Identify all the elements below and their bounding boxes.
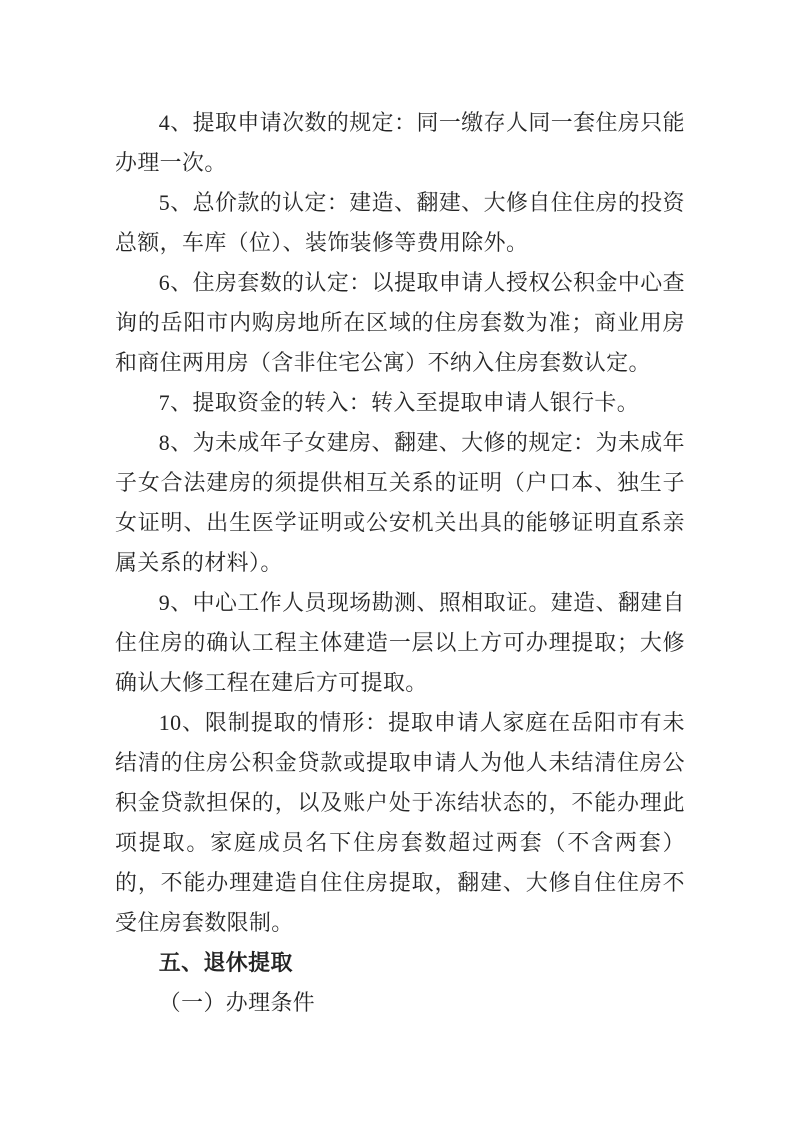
document-body: 4、提取申请次数的规定：同一缴存人同一套住房只能办理一次。5、总价款的认定：建造… <box>115 103 685 1023</box>
document-page: 4、提取申请次数的规定：同一缴存人同一套住房只能办理一次。5、总价款的认定：建造… <box>0 0 794 1122</box>
body-paragraph: 5、总价款的认定：建造、翻建、大修自住住房的投资总额，车库（位）、装饰装修等费用… <box>115 183 685 263</box>
body-paragraph: 4、提取申请次数的规定：同一缴存人同一套住房只能办理一次。 <box>115 103 685 183</box>
body-paragraph: 7、提取资金的转入：转入至提取申请人银行卡。 <box>115 383 685 423</box>
body-paragraph: 9、中心工作人员现场勘测、照相取证。建造、翻建自住住房的确认工程主体建造一层以上… <box>115 583 685 703</box>
section-subheading: （一）办理条件 <box>115 983 685 1023</box>
body-paragraph: 10、限制提取的情形：提取申请人家庭在岳阳市有未结清的住房公积金贷款或提取申请人… <box>115 703 685 943</box>
body-paragraph: 6、住房套数的认定：以提取申请人授权公积金中心查询的岳阳市内购房地所在区域的住房… <box>115 263 685 383</box>
body-paragraph: 8、为未成年子女建房、翻建、大修的规定：为未成年子女合法建房的须提供相互关系的证… <box>115 423 685 583</box>
section-heading: 五、退休提取 <box>115 943 685 983</box>
